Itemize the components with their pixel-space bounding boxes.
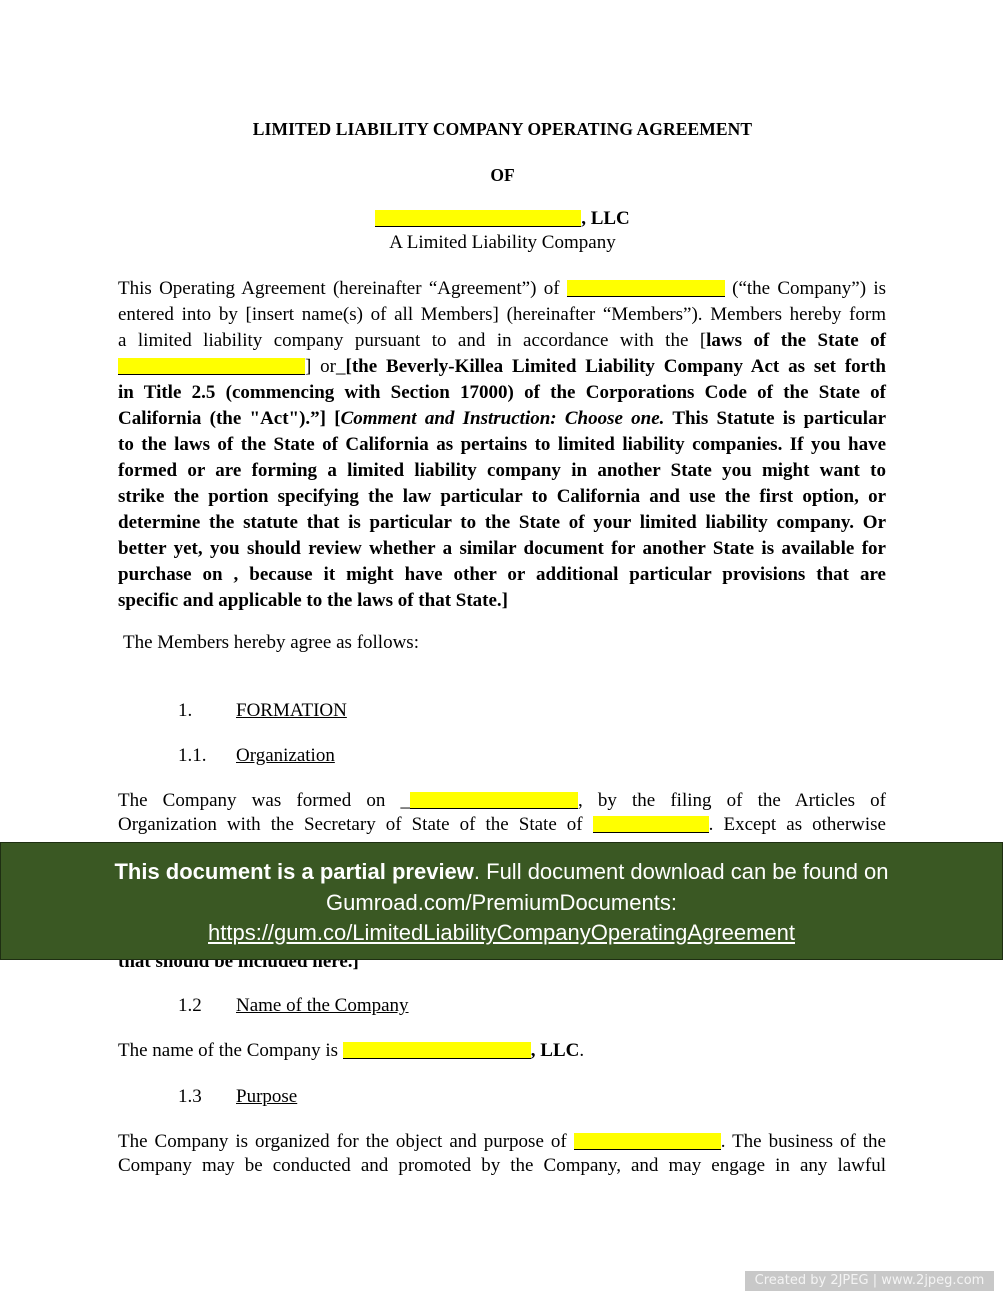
intro-line-6: California (the "Act").”] [Comment and I… (118, 406, 886, 432)
intro-text: (“the Company”) is (725, 278, 886, 299)
purpose-blank[interactable] (574, 1133, 721, 1150)
intro-line-9: strike the portion specifying the law pa… (118, 484, 886, 510)
state-blank[interactable] (118, 358, 305, 375)
org-text: The Company was formed on _ (118, 790, 410, 811)
section-number: 1.1. (178, 745, 207, 767)
intro-text-bold: [the Beverly-Killea Limited Liability Co… (346, 356, 887, 377)
comment-instruction: Comment and Instruction: Choose one. (341, 408, 665, 429)
purpose-text: . The business of the (721, 1131, 886, 1152)
section-heading-organization: 1.1. Organization (178, 745, 578, 769)
banner-line-2: Gumroad.com/PremiumDocuments: (1, 888, 1002, 919)
agree-line: The Members hereby agree as follows: (123, 632, 891, 654)
llc-suffix: , LLC (581, 208, 630, 229)
intro-line-5: in Title 2.5 (commencing with Section 17… (118, 380, 886, 406)
partial-preview-banner: This document is a partial preview. Full… (0, 842, 1003, 960)
banner-text: . Full document download can be found on (474, 859, 889, 884)
intro-line-3: a limited liability company pursuant to … (118, 328, 886, 354)
intro-text: This Operating Agreement (hereinafter “A… (118, 278, 567, 299)
document-title: LIMITED LIABILITY COMPANY OPERATING AGRE… (0, 119, 1005, 140)
org-text: . Except as otherwise (709, 814, 886, 835)
company-name-sentence: The name of the Company is , LLC. (118, 1040, 886, 1062)
section-title: Purpose (236, 1086, 297, 1108)
section-number: 1.2 (178, 995, 202, 1017)
company-name-line: , LLC (0, 208, 1005, 230)
intro-line-8: formed or are forming a limited liabilit… (118, 458, 886, 484)
section-number: 1. (178, 700, 192, 722)
purpose-line-1: The Company is organized for the object … (118, 1131, 886, 1153)
section-title: FORMATION (236, 700, 347, 722)
section-heading-formation: 1. FORMATION (178, 700, 578, 724)
company-blank[interactable] (567, 280, 725, 297)
organization-line-2: Organization with the Secretary of State… (118, 814, 886, 836)
title-of: OF (0, 165, 1005, 186)
name-period: . (579, 1040, 584, 1061)
section-title: Organization (236, 745, 335, 767)
name-text: The name of the Company is (118, 1040, 343, 1061)
document-subtitle: A Limited Liability Company (0, 232, 1005, 254)
intro-text: a limited liability company pursuant to … (118, 330, 706, 351)
company-name-blank[interactable] (375, 210, 581, 227)
intro-line-12: purchase on , because it might have othe… (118, 562, 886, 588)
intro-text-bold: California (the "Act").”] [ (118, 408, 341, 429)
intro-line-13: specific and applicable to the laws of t… (118, 588, 886, 614)
intro-line-4: ] or_[the Beverly-Killea Limited Liabili… (118, 354, 886, 380)
document-page: LIMITED LIABILITY COMPANY OPERATING AGRE… (0, 0, 1005, 1301)
intro-line-2: entered into by [insert name(s) of all M… (118, 302, 886, 328)
purpose-line-2: Company may be conducted and promoted by… (118, 1155, 886, 1177)
download-link[interactable]: https://gum.co/LimitedLiabilityCompanyOp… (208, 920, 795, 945)
intro-text: ] or_ (305, 356, 346, 377)
name-suffix: , LLC (531, 1040, 580, 1061)
banner-line-1: This document is a partial preview. Full… (1, 857, 1002, 888)
section-number: 1.3 (178, 1086, 202, 1108)
intro-text-bold: laws of the State of (706, 330, 886, 351)
purpose-text: The Company is organized for the object … (118, 1131, 574, 1152)
intro-line-7: to the laws of the State of California a… (118, 432, 886, 458)
watermark: Created by 2JPEG | www.2jpeg.com (745, 1271, 994, 1291)
intro-line-1: This Operating Agreement (hereinafter “A… (118, 276, 886, 302)
intro-line-11: better yet, you should review whether a … (118, 536, 886, 562)
banner-strong-text: This document is a partial preview (114, 859, 473, 884)
intro-paragraph: This Operating Agreement (hereinafter “A… (118, 276, 886, 614)
banner-line-3: https://gum.co/LimitedLiabilityCompanyOp… (1, 918, 1002, 949)
org-text: , by the filing of the Articles of (578, 790, 886, 811)
intro-line-10: determine the statute that is particular… (118, 510, 886, 536)
organization-line-1: The Company was formed on _, by the fili… (118, 790, 886, 812)
section-heading-purpose: 1.3 Purpose (178, 1086, 578, 1110)
formation-state-blank[interactable] (593, 816, 709, 833)
intro-text-bold: This Statute is particular (664, 408, 886, 429)
formation-date-blank[interactable] (410, 792, 578, 809)
section-title: Name of the Company (236, 995, 409, 1017)
section-heading-name: 1.2 Name of the Company (178, 995, 578, 1019)
company-name-field-blank[interactable] (343, 1042, 531, 1059)
org-text: Organization with the Secretary of State… (118, 814, 593, 835)
